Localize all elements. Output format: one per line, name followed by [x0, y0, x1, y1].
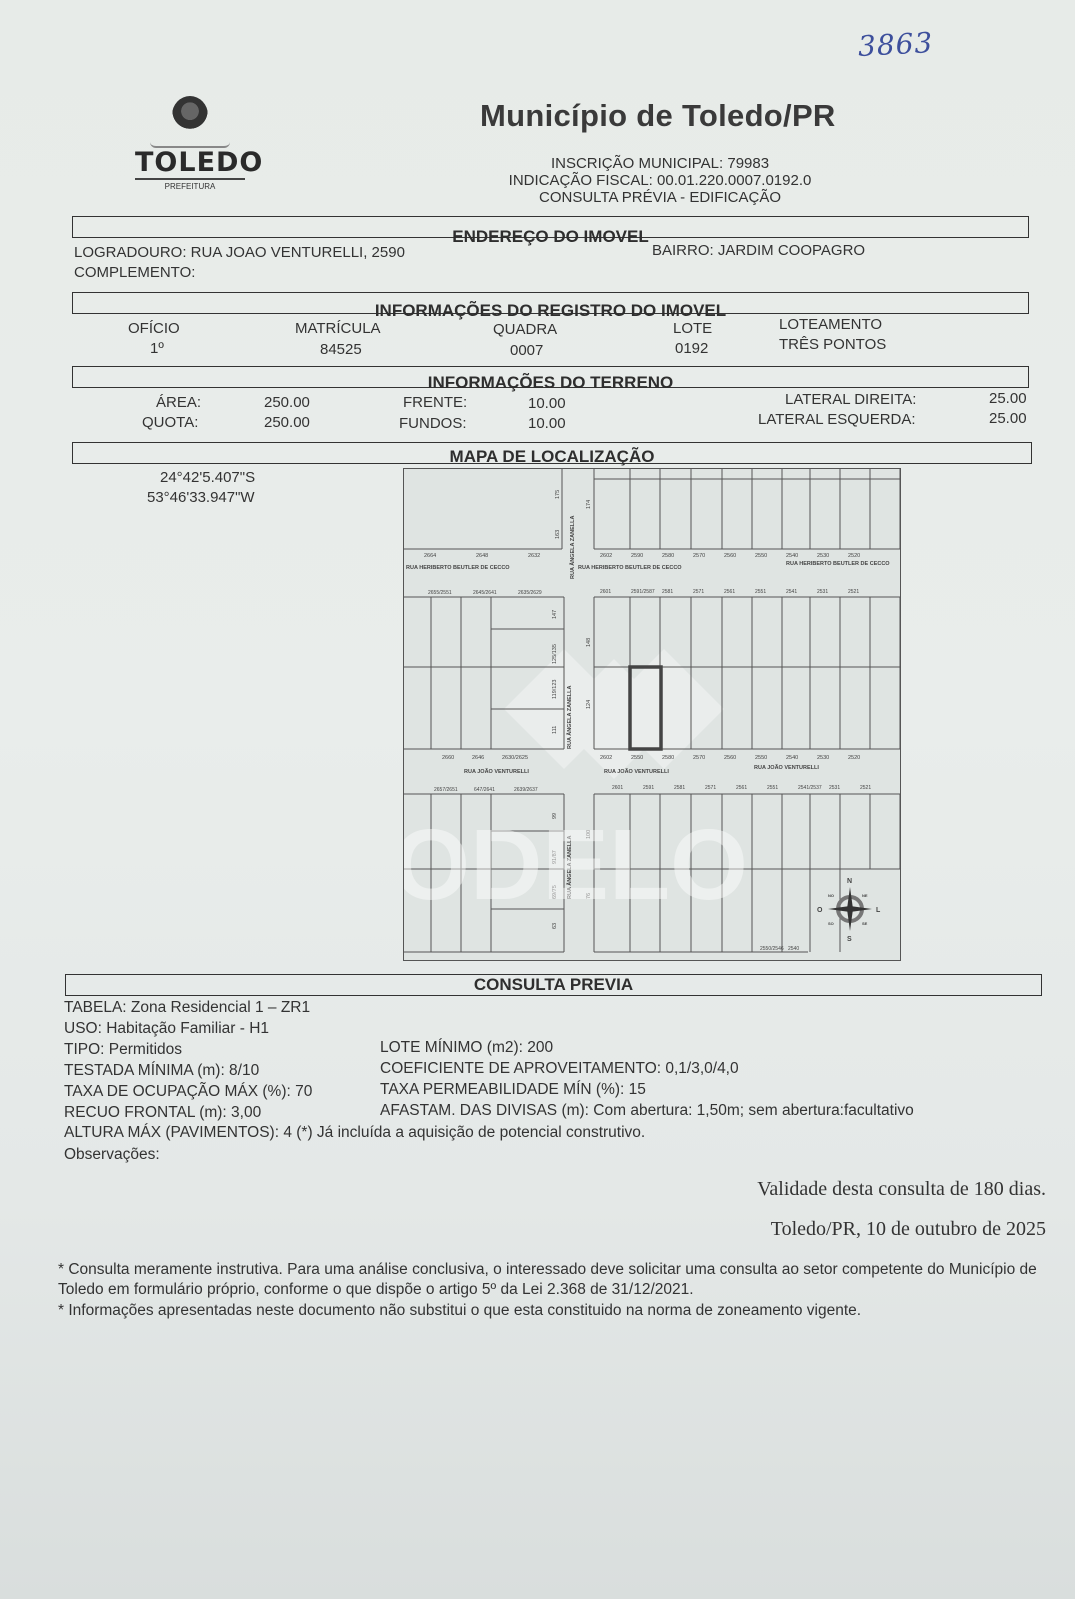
complemento: COMPLEMENTO:	[74, 264, 195, 281]
svg-text:2646: 2646	[472, 755, 484, 761]
lateral-esquerda-label: LATERAL ESQUERDA:	[758, 411, 916, 428]
frente-value: 10.00	[528, 395, 566, 412]
altura-maxima: ALTURA MÁX (PAVIMENTOS): 4 (*) Já incluí…	[64, 1124, 645, 1142]
fundos-label: FUNDOS:	[399, 415, 467, 432]
svg-text:2560: 2560	[724, 755, 736, 761]
svg-text:2561: 2561	[724, 589, 735, 595]
tabela: TABELA: Zona Residencial 1 – ZR1	[64, 999, 310, 1017]
svg-text:148: 148	[586, 638, 592, 647]
lateral-direita-label: LATERAL DIREITA:	[785, 391, 916, 408]
svg-text:2550: 2550	[755, 553, 767, 559]
lote-minimo: LOTE MÍNIMO (m2): 200	[380, 1039, 553, 1057]
svg-text:2571: 2571	[705, 785, 716, 791]
value-matricula: 84525	[320, 341, 362, 358]
svg-text:2520: 2520	[848, 553, 860, 559]
svg-text:2561: 2561	[736, 785, 747, 791]
svg-text:2540: 2540	[786, 553, 798, 559]
svg-text:RUA JOÃO VENTURELLI: RUA JOÃO VENTURELLI	[464, 768, 529, 775]
svg-text:647/2641: 647/2641	[474, 787, 495, 793]
svg-text:2602: 2602	[600, 755, 612, 761]
svg-text:2632: 2632	[528, 553, 540, 559]
svg-text:147: 147	[552, 610, 558, 619]
header-lote: LOTE	[673, 320, 712, 337]
svg-text:RUA ÂNGELA ZANELLA: RUA ÂNGELA ZANELLA	[566, 686, 573, 749]
svg-text:RUA HERIBERTO BEUTLER DE CECCO: RUA HERIBERTO BEUTLER DE CECCO	[786, 561, 890, 567]
svg-text:119/123: 119/123	[552, 680, 558, 699]
svg-text:L: L	[876, 907, 881, 914]
section-endereco: ENDEREÇO DO IMOVEL	[72, 216, 1029, 238]
latitude: 24°42'5.407"S	[160, 469, 255, 486]
svg-text:2655/2551: 2655/2551	[428, 590, 452, 596]
svg-text:NO: NO	[828, 893, 834, 898]
consulta-type: CONSULTA PRÉVIA - EDIFICAÇÃO	[490, 189, 830, 206]
value-lote: 0192	[675, 340, 708, 357]
svg-text:2520: 2520	[848, 755, 860, 761]
section-title: CONSULTA PREVIA	[474, 975, 633, 994]
testada-minima: TESTADA MÍNIMA (m): 8/10	[64, 1062, 259, 1080]
svg-text:SE: SE	[862, 921, 868, 926]
data-local: Toledo/PR, 10 de outubro de 2025	[771, 1218, 1046, 1241]
footnote-1: * Consulta meramente instrutiva. Para um…	[58, 1260, 1038, 1300]
logo-frame	[150, 134, 230, 148]
svg-text:2551: 2551	[767, 785, 778, 791]
taxa-ocupacao: TAXA DE OCUPAÇÃO MÁX (%): 70	[64, 1083, 312, 1101]
svg-text:2540: 2540	[788, 946, 799, 952]
svg-text:MODELO: MODELO	[404, 809, 748, 921]
section-registro: INFORMAÇÕES DO REGISTRO DO IMOVEL	[72, 292, 1029, 314]
header-loteamento: LOTEAMENTO	[779, 316, 882, 333]
svg-text:2550: 2550	[755, 755, 767, 761]
svg-text:2531: 2531	[817, 589, 828, 595]
svg-text:2551: 2551	[755, 589, 766, 595]
svg-text:NE: NE	[862, 893, 868, 898]
svg-text:RUA HERIBERTO BEUTLER DE CECCO: RUA HERIBERTO BEUTLER DE CECCO	[578, 565, 682, 571]
section-title: INFORMAÇÕES DO TERRENO	[428, 373, 674, 392]
svg-text:2541: 2541	[786, 589, 797, 595]
area-value: 250.00	[264, 394, 310, 411]
value-oficio: 1º	[150, 340, 164, 357]
svg-text:2580: 2580	[662, 553, 674, 559]
svg-text:2664: 2664	[424, 553, 436, 559]
frente-label: FRENTE:	[403, 394, 467, 411]
uso: USO: Habitação Familiar - H1	[64, 1020, 269, 1038]
svg-text:2635/2629: 2635/2629	[518, 590, 542, 596]
svg-text:2541/2537: 2541/2537	[798, 785, 822, 791]
svg-text:174: 174	[586, 500, 592, 509]
svg-text:175: 175	[555, 490, 561, 499]
map-drawing: 266426482632RUA HERIBERTO BEUTLER DE CEC…	[404, 469, 900, 960]
coeficiente-aproveitamento: COEFICIENTE DE APROVEITAMENTO: 0,1/3,0/4…	[380, 1060, 739, 1078]
svg-text:S: S	[847, 936, 852, 943]
value-quadra: 0007	[510, 342, 543, 359]
svg-text:2550: 2550	[631, 755, 643, 761]
svg-text:2601: 2601	[600, 589, 611, 595]
fundos-value: 10.00	[528, 415, 566, 432]
svg-text:124: 124	[586, 700, 592, 709]
header-matricula: MATRÍCULA	[295, 320, 381, 337]
svg-text:2602: 2602	[600, 553, 612, 559]
longitude: 53°46'33.947"W	[147, 489, 255, 506]
section-mapa: MAPA DE LOCALIZAÇÃO	[72, 442, 1032, 464]
svg-text:RUA JOÃO VENTURELLI: RUA JOÃO VENTURELLI	[754, 764, 819, 771]
validade: Validade desta consulta de 180 dias.	[757, 1178, 1046, 1201]
svg-text:2601: 2601	[612, 785, 623, 791]
area-label: ÁREA:	[156, 394, 201, 411]
section-title: MAPA DE LOCALIZAÇÃO	[450, 447, 655, 466]
coat-of-arms-icon	[172, 96, 208, 134]
taxa-permeabilidade: TAXA PERMEABILIDADE MÍN (%): 15	[380, 1081, 646, 1099]
svg-text:2657/2651: 2657/2651	[434, 787, 458, 793]
svg-text:125/135: 125/135	[552, 644, 558, 664]
svg-text:2591/2587: 2591/2587	[631, 589, 655, 595]
svg-text:2530: 2530	[817, 553, 829, 559]
section-consulta-previa: CONSULTA PREVIA	[65, 974, 1042, 996]
section-title: ENDEREÇO DO IMOVEL	[452, 227, 648, 246]
lateral-direita-value: 25.00	[989, 390, 1027, 407]
indicacao-fiscal: INDICAÇÃO FISCAL: 00.01.220.0007.0192.0	[490, 172, 830, 189]
header-info: INSCRIÇÃO MUNICIPAL: 79983 INDICAÇÃO FIS…	[490, 155, 830, 206]
handwritten-number: 3863	[857, 26, 934, 63]
svg-text:2645/2641: 2645/2641	[473, 590, 497, 596]
svg-text:2648: 2648	[476, 553, 488, 559]
svg-text:2570: 2570	[693, 553, 705, 559]
svg-text:SO: SO	[828, 921, 834, 926]
svg-text:2580: 2580	[662, 755, 674, 761]
svg-text:2581: 2581	[674, 785, 685, 791]
svg-text:2530: 2530	[817, 755, 829, 761]
svg-text:111: 111	[552, 726, 558, 734]
toledo-logo: TOLEDO PREFEITURA	[135, 96, 245, 191]
svg-text:2581: 2581	[662, 589, 673, 595]
quota-value: 250.00	[264, 414, 310, 431]
svg-text:2630/2625: 2630/2625	[502, 755, 528, 761]
observacoes: Observações:	[64, 1146, 160, 1164]
svg-text:163: 163	[555, 530, 561, 539]
svg-text:63: 63	[552, 923, 558, 929]
svg-text:2540: 2540	[786, 755, 798, 761]
svg-text:N: N	[847, 878, 852, 885]
document-title: Município de Toledo/PR	[480, 98, 836, 134]
tipo: TIPO: Permitidos	[64, 1041, 182, 1059]
svg-text:2560: 2560	[724, 553, 736, 559]
recuo-frontal: RECUO FRONTAL (m): 3,00	[64, 1104, 261, 1122]
svg-text:RUA HERIBERTO BEUTLER DE CECCO: RUA HERIBERTO BEUTLER DE CECCO	[406, 565, 510, 571]
lateral-esquerda-value: 25.00	[989, 410, 1027, 427]
footnote-2: * Informações apresentadas neste documen…	[58, 1301, 1038, 1321]
location-map: 266426482632RUA HERIBERTO BEUTLER DE CEC…	[403, 468, 901, 961]
quota-label: QUOTA:	[142, 414, 198, 431]
svg-text:2521: 2521	[848, 589, 859, 595]
svg-text:2590: 2590	[631, 553, 643, 559]
bairro: BAIRRO: JARDIM COOPAGRO	[652, 242, 865, 259]
svg-text:RUA JOÃO VENTURELLI: RUA JOÃO VENTURELLI	[604, 768, 669, 775]
svg-text:2521: 2521	[860, 785, 871, 791]
svg-text:2639/2637: 2639/2637	[514, 787, 538, 793]
section-terreno: INFORMAÇÕES DO TERRENO	[72, 366, 1029, 388]
logradouro: LOGRADOURO: RUA JOAO VENTURELLI, 2590	[74, 244, 405, 261]
svg-text:RUA ÂNGELA ZANELLA: RUA ÂNGELA ZANELLA	[569, 516, 576, 579]
svg-text:O: O	[817, 907, 823, 914]
header-oficio: OFÍCIO	[128, 320, 180, 337]
inscricao-municipal: INSCRIÇÃO MUNICIPAL: 79983	[490, 155, 830, 172]
svg-text:2571: 2571	[693, 589, 704, 595]
svg-text:2591: 2591	[643, 785, 654, 791]
afastamento-divisas: AFASTAM. DAS DIVISAS (m): Com abertura: …	[380, 1102, 914, 1120]
logo-subtitle: PREFEITURA	[135, 182, 245, 191]
logo-name: TOLEDO	[135, 148, 245, 180]
section-title: INFORMAÇÕES DO REGISTRO DO IMOVEL	[375, 301, 726, 320]
value-loteamento: TRÊS PONTOS	[779, 336, 886, 353]
svg-text:2570: 2570	[693, 755, 705, 761]
svg-text:2531: 2531	[829, 785, 840, 791]
header-quadra: QUADRA	[493, 321, 557, 338]
svg-text:2660: 2660	[442, 755, 454, 761]
svg-text:2550/2546: 2550/2546	[760, 946, 784, 952]
